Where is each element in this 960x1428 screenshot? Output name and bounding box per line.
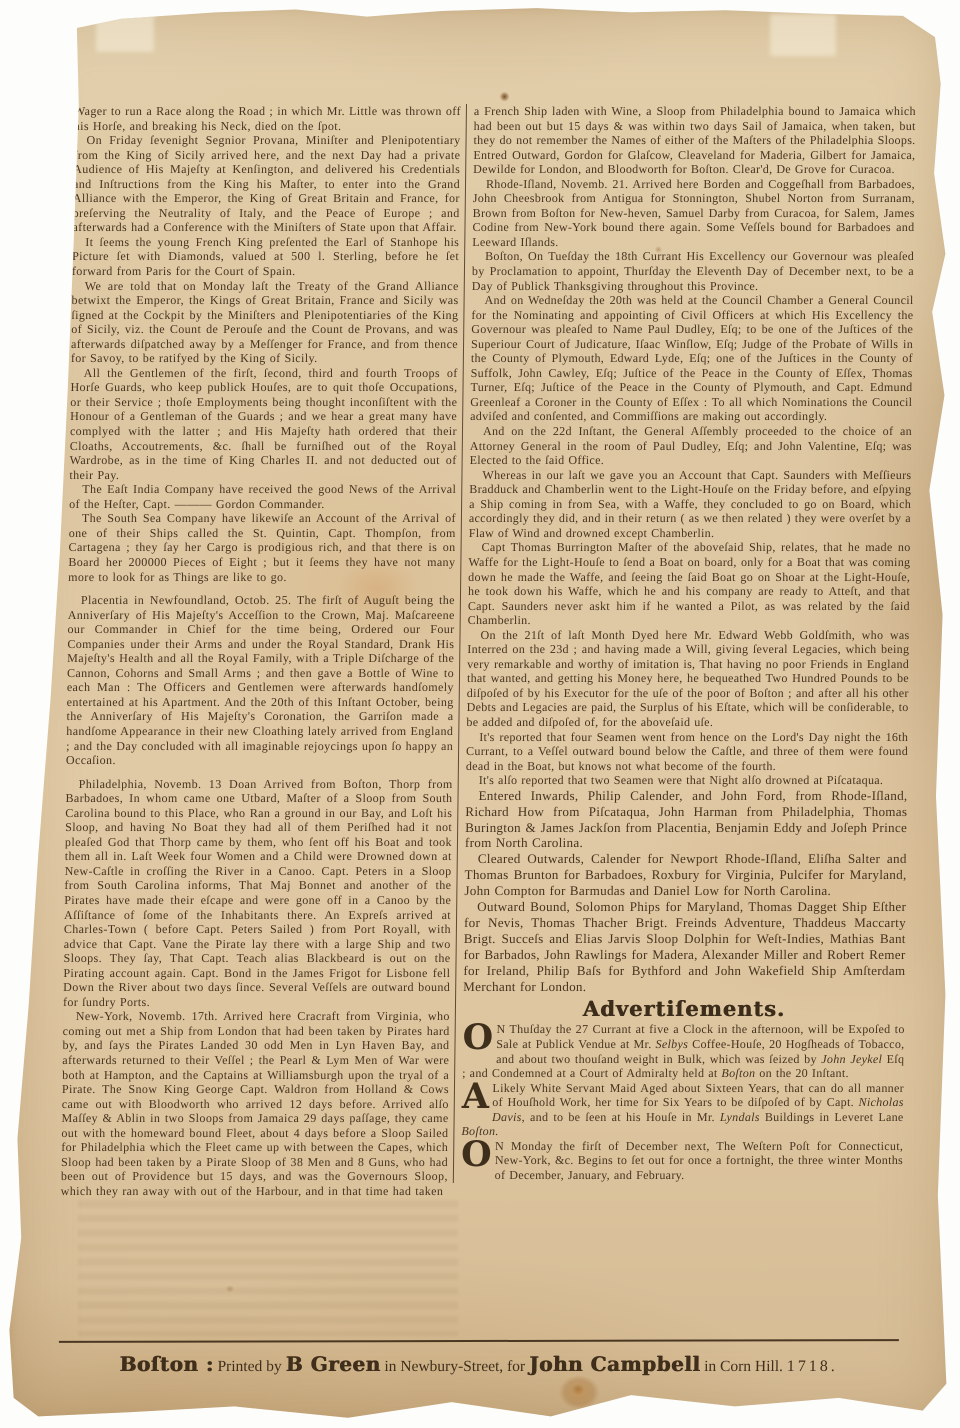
news-paragraph: On Friday ſevenight Segnior Provana, Min… [72,133,460,235]
cleared-outwards-list: Cleared Outwards, Calender for Newport R… [464,851,907,899]
news-paragraph: And on the 22d Inſtant, the General Aſſe… [470,424,913,468]
news-paragraph: It's reported that four Seamen went from… [466,730,909,774]
imprint-year: 1718. [787,1358,838,1375]
imprint-printer: B Green [285,1352,380,1376]
imprint-text: in Corn Hill. [700,1358,787,1375]
entered-inwards-list: Entered Inwards, Philip Calender, and Jo… [465,788,908,852]
news-paragraph: We are told that on Monday laſt the Trea… [71,279,459,366]
news-paragraph: The Eaſt India Company have received the… [69,482,456,511]
news-paragraph: a French Ship laden with Wine, a Sloop f… [473,104,916,177]
advertisements-heading: Advertiſements. [463,997,905,1021]
outward-bound-list: Outward Bound, Solomon Phips for Marylan… [463,899,906,994]
imprint-text: in Newbury-Street, for [380,1358,529,1375]
newspaper-sheet: Wager to run a Race along the Road ; in … [8,6,952,1422]
imprint-publisher: John Campbell [529,1352,701,1376]
printed-text-block: Wager to run a Race along the Road ; in … [58,104,916,1394]
right-column: a French Ship laden with Wine, a Sloop f… [453,104,916,1183]
left-column: Wager to run a Race along the Road ; in … [61,104,466,1198]
news-columns: Wager to run a Race along the Road ; in … [61,104,916,1198]
tape-mark [96,12,154,52]
news-paragraph: And on Wedneſday the 20th was held at th… [470,293,914,424]
page-background: Wager to run a Race along the Road ; in … [0,0,960,1428]
news-paragraph: All the Gentlemen of the firſt, ſecond, … [69,366,457,482]
drop-cap: A [462,1081,493,1111]
news-paragraph-philadelphia: Philadelphia, Novemb. 13 Doan Arrived fr… [63,777,453,1010]
news-paragraph: On the 21ſt of laſt Month Dyed here Mr. … [466,628,909,730]
drop-cap: O [462,1022,496,1052]
news-paragraph-boston: Boſton, On Tueſday the 18th Currant His … [472,249,915,293]
advertisement-servant-maid: A Likely White Servant Maid Aged about S… [461,1081,904,1139]
tape-mark [770,14,836,56]
imprint-line: Boſton : Printed by B Green in Newbury-S… [58,1352,898,1376]
news-paragraph-rhode-island: Rhode-Iſland, Novemb. 21. Arrived here B… [472,177,915,250]
news-paragraph: Whereas in our laſt we gave you an Accou… [469,468,912,541]
imprint-text: Printed by [214,1358,286,1375]
news-paragraph: It ſeems the young French King preſented… [72,235,460,279]
advertisement-tobacco-sale: ON Thuſday the 27 Currant at five a Cloc… [462,1022,905,1080]
drop-cap: O [461,1139,495,1169]
news-paragraph: It's alſo reported that two Seamen were … [466,773,908,788]
news-paragraph-new-york: New-York, Novemb. 17th. Arrived here Cra… [61,1009,450,1198]
footer-rule [59,1339,899,1343]
imprint-boston: Boſton : [119,1352,214,1376]
news-paragraph: Wager to run a Race along the Road ; in … [74,104,461,133]
advertisement-western-post: ON Monday the firſt of December next, Th… [461,1139,904,1183]
news-paragraph: Capt Thomas Burrington Maſter of the abo… [468,540,911,627]
news-paragraph-placentia: Placentia in Newfoundland, Octob. 25. Th… [66,593,455,768]
news-paragraph: The South Sea Company have likewiſe an A… [68,511,456,584]
